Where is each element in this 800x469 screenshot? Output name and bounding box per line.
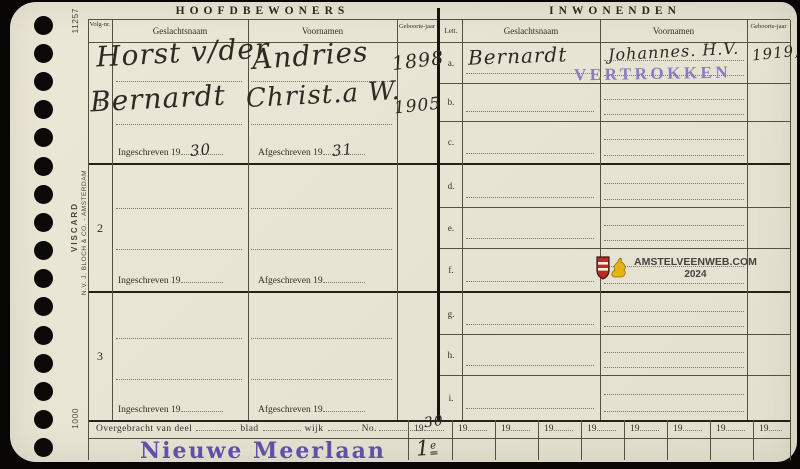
hoofdbewoner-group-1: 1 Horst v/der Andries 1898 Bernardt Chri… (88, 42, 437, 163)
inwonende-row-b: b. (440, 83, 790, 121)
watermark-year: 2024 (634, 269, 757, 281)
divider (710, 420, 711, 460)
punch-hole (34, 72, 53, 91)
watermark-site: AMSTELVEENWEB.COM (634, 256, 757, 269)
handwritten-footer-note: 1e (415, 435, 438, 460)
write-line (466, 197, 594, 198)
year-prefix: 19 (716, 424, 726, 434)
divider (495, 420, 496, 460)
dotted-blank (597, 423, 616, 431)
hoofdbewoner-group-3: 3 Ingeschreven 19 Afgeschreven 19 (88, 293, 437, 420)
write-line (466, 365, 594, 366)
year-cell: 19 (544, 423, 573, 434)
dotted-blank (196, 423, 236, 431)
write-line (251, 338, 392, 339)
year-cell: 19 (673, 423, 702, 434)
year-prefix: 19 (544, 424, 554, 434)
column-header-voornamen-left: Voornamen (248, 27, 397, 37)
divider (452, 420, 453, 460)
punch-hole (34, 354, 53, 373)
label-text: Afgeschreven 19 (258, 148, 323, 158)
write-line (116, 249, 242, 250)
write-line (116, 338, 242, 339)
column-header-geboortejaar-left: Geboorte-jaar (397, 23, 437, 30)
dotted-blank (511, 423, 530, 431)
column-header-volgnr: Volg-nr. (88, 21, 112, 28)
card-serial-top: 11257 (70, 8, 80, 34)
punch-hole (34, 382, 53, 401)
handwritten-afgeschreven-year: 31 (331, 140, 354, 160)
year-cell: 19 (501, 423, 530, 434)
lett-label: g. (440, 293, 462, 334)
column-header-geboortejaar-right: Geboorte-jaar (747, 23, 790, 30)
inwonenden-title: INWONENDEN (440, 5, 790, 19)
punch-hole (34, 100, 53, 119)
punch-hole (34, 410, 53, 429)
dotted-blank (263, 423, 301, 431)
year-prefix: 19 (458, 424, 468, 434)
write-line (604, 99, 744, 100)
hoofdbewoner-group-2: 2 Ingeschreven 19 Afgeschreven 19 (88, 165, 437, 291)
note-suffix: e (430, 440, 438, 454)
punch-hole (34, 269, 53, 288)
lett-label: d. (440, 165, 462, 207)
lett-label: b. (440, 83, 462, 121)
punch-hole (34, 438, 53, 457)
write-line (116, 379, 242, 380)
column-header-lett: Lett. (440, 28, 462, 36)
label-text: Ingeschreven 19 (118, 276, 181, 286)
write-line (466, 238, 594, 239)
ingeschreven-label: Ingeschreven 19 (118, 275, 223, 286)
note-number: 1 (415, 436, 431, 461)
label-text: Afgeschreven 19 (258, 276, 323, 286)
year-cell: 19 (587, 423, 616, 434)
inwonende-row-h: h. (440, 334, 790, 375)
label-text: Ingeschreven 19 (118, 148, 181, 158)
punch-hole (34, 241, 53, 260)
amstelveen-coat-of-arms-icon (596, 256, 630, 280)
handwritten-footer-year: 30 (423, 413, 445, 432)
write-line (466, 111, 594, 112)
inwonende-row-e: e. (440, 207, 790, 248)
write-line (604, 411, 744, 412)
punch-hole (34, 326, 53, 345)
write-line (604, 139, 744, 140)
write-line (466, 153, 594, 154)
year-cell: 19 (759, 423, 782, 434)
write-line (604, 283, 744, 284)
write-line (604, 326, 744, 327)
dotted-blank (328, 423, 358, 431)
write-line (604, 240, 744, 241)
year-cell: 19 (630, 423, 659, 434)
write-line (116, 124, 242, 125)
divider (753, 420, 754, 460)
handwritten-surname: Horst v/der (95, 31, 270, 73)
write-line (604, 367, 744, 368)
watermark: AMSTELVEENWEB.COM 2024 (596, 256, 757, 281)
dotted-blank (468, 423, 487, 431)
dotted-blank (640, 423, 659, 431)
divider (538, 420, 539, 460)
punch-hole (34, 185, 53, 204)
hoofdbewoners-title: HOOFDBEWONERS (88, 5, 437, 19)
write-line (604, 225, 744, 226)
lett-label: c. (440, 121, 462, 163)
card-serial-bottom: 1000 (70, 408, 80, 429)
watermark-text: AMSTELVEENWEB.COM 2024 (634, 256, 757, 281)
punch-hole (34, 16, 53, 35)
printer-company: N.V. J. BLOCH & CO. - AMSTERDAM (81, 170, 88, 295)
write-line (251, 379, 392, 380)
year-prefix: 19 (501, 424, 511, 434)
write-line (251, 124, 392, 125)
year-prefix: 19 (630, 424, 640, 434)
year-cell: 19 (716, 423, 745, 434)
inwonende-row-i: i. (440, 375, 790, 420)
write-line (604, 114, 744, 115)
dotted-blank (323, 275, 365, 283)
handwritten-surname: Bernardt (468, 42, 568, 69)
handwritten-surname: Bernardt (89, 78, 226, 118)
write-line (251, 208, 392, 209)
dotted-blank (181, 275, 223, 283)
column-header-geslachtsnaam-right: Geslachtsnaam (462, 27, 600, 37)
divider (581, 420, 582, 460)
divider (624, 420, 625, 460)
year-prefix: 19 (414, 424, 424, 434)
lett-label: a. (440, 42, 462, 83)
punch-hole (34, 213, 53, 232)
lett-label: h. (440, 334, 462, 375)
handwritten-ingeschreven-year: 30 (189, 140, 212, 160)
write-line (116, 208, 242, 209)
write-line (466, 324, 594, 325)
year-prefix: 19 (673, 424, 683, 434)
dotted-blank (683, 423, 702, 431)
dotted-blank (554, 423, 573, 431)
street-name-stamp: Nieuwe Meerlaan (140, 438, 352, 464)
write-line (604, 155, 744, 156)
write-line (604, 199, 744, 200)
label-text: Afgeschreven 19 (258, 405, 323, 415)
divider (790, 20, 791, 460)
write-line (251, 249, 392, 250)
overgebracht-label: Overgebracht van deel (96, 424, 192, 434)
volgnr: 3 (88, 293, 112, 420)
overgebracht-line: Overgebracht van deelbladwijkNo. (96, 423, 425, 434)
year-prefix: 19 (759, 424, 769, 434)
punch-hole (34, 128, 53, 147)
scanned-registration-card-photo: { "colors": { "card_paper": "#e8e4d4", "… (0, 0, 800, 469)
write-line (604, 352, 744, 353)
write-line (466, 408, 594, 409)
registration-card: 11257 VISCARD N.V. J. BLOCH & CO. - AMST… (10, 2, 797, 462)
dotted-blank (181, 404, 223, 412)
lett-label: f. (440, 248, 462, 291)
afgeschreven-label: Afgeschreven 19 (258, 275, 365, 286)
write-line (604, 311, 744, 312)
column-header-voornamen-right: Voornamen (600, 27, 747, 37)
afgeschreven-label: Afgeschreven 19 (258, 404, 365, 415)
ingeschreven-label: Ingeschreven 19 (118, 404, 223, 415)
divider (667, 420, 668, 460)
year-prefix: 19 (587, 424, 597, 434)
lett-label: i. (440, 375, 462, 420)
inwonende-row-g: g. (440, 293, 790, 334)
volgnr: 2 (88, 165, 112, 291)
handwritten-birthyear: 1919, (751, 42, 800, 65)
punch-hole (34, 157, 53, 176)
printer-brand: VISCARD (70, 202, 79, 252)
inwonende-row-c: c. (440, 121, 790, 163)
punch-hole (34, 297, 53, 316)
write-line (604, 183, 744, 184)
write-line (604, 394, 744, 395)
dotted-blank (323, 404, 365, 412)
no-label: No. (362, 424, 378, 434)
year-cell: 19 (458, 423, 487, 434)
blad-label: blad (240, 424, 258, 434)
lett-label: e. (440, 207, 462, 248)
handwritten-birthyear: 1905 (393, 94, 442, 119)
vertrokken-stamp: VERTROKKEN (574, 63, 732, 86)
handwritten-firstname: Andries (251, 35, 369, 76)
inwonende-row-d: d. (440, 165, 790, 207)
punch-hole (34, 44, 53, 63)
label-text: Ingeschreven 19 (118, 405, 181, 415)
dotted-blank (769, 423, 782, 431)
wijk-label: wijk (305, 424, 324, 434)
write-line (466, 281, 594, 282)
dotted-blank (726, 423, 745, 431)
